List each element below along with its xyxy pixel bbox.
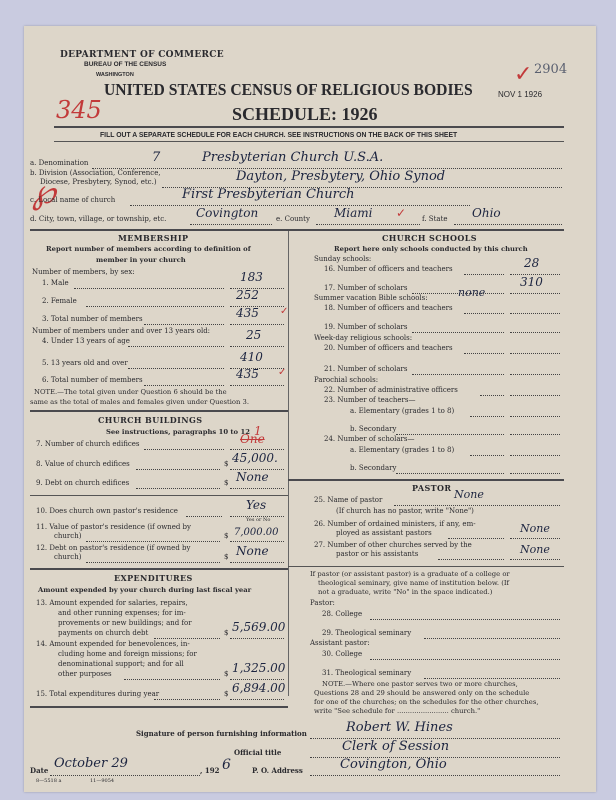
q27-line xyxy=(438,559,504,560)
red-annotation-mark: ℘ xyxy=(32,172,56,212)
column-divider xyxy=(288,231,289,696)
q11-label-2: church) xyxy=(54,532,81,540)
q22-answer-line xyxy=(510,395,560,396)
members-by-sex-label: Number of members, by sex: xyxy=(32,268,135,276)
q27-answer-line xyxy=(510,559,560,560)
city-label: WASHINGTON xyxy=(96,72,134,78)
q14-line-4: other purposes xyxy=(58,670,112,678)
pastor-note-3: for one of the churches; on the schedule… xyxy=(314,698,538,706)
pastor-heading: PASTOR xyxy=(412,483,451,493)
red-checkmark-icon: ✓ xyxy=(280,306,288,317)
q1-value: 183 xyxy=(240,270,263,284)
date-label: Date xyxy=(30,766,48,775)
dollar-sign: $ xyxy=(224,670,228,678)
red-checkmark-icon: ✓ xyxy=(278,367,286,378)
q19-line xyxy=(412,332,504,333)
po-address-line xyxy=(310,775,560,776)
q30-line xyxy=(370,659,560,660)
graduate-instruction-3: not a graduate, write "No" in the space … xyxy=(318,588,492,596)
membership-note-2: same as the total of males and females g… xyxy=(30,398,249,406)
q28-label: 28. College xyxy=(322,610,362,618)
q7-line xyxy=(144,449,224,450)
parochial-schools-label: Parochial schools: xyxy=(314,376,378,384)
q1-line xyxy=(74,288,224,289)
church-schools-subheading: Report here only schools conducted by th… xyxy=(334,245,528,253)
q4-value: 25 xyxy=(246,328,261,342)
q30-label: 30. College xyxy=(322,650,362,658)
city-line xyxy=(190,224,272,225)
q8-value: 45,000. xyxy=(232,451,278,465)
q6-value: 435 xyxy=(236,367,259,381)
fill-out-instruction: FILL OUT A SEPARATE SCHEDULE FOR EACH CH… xyxy=(100,130,457,139)
q24a-answer-line xyxy=(510,455,560,456)
q17-label: 17. Number of scholars xyxy=(324,284,407,292)
q2-label: 2. Female xyxy=(42,297,77,305)
q15-line xyxy=(154,699,220,700)
q27-value: None xyxy=(520,543,550,556)
q7-label: 7. Number of church edifices xyxy=(36,440,140,448)
q29-label: 29. Theological seminary xyxy=(322,629,411,637)
q11-label-1: 11. Value of pastor's residence (if owne… xyxy=(36,523,191,531)
q4-label: 4. Under 13 years of age xyxy=(42,337,130,345)
dollar-sign: $ xyxy=(224,532,228,540)
q2-value: 252 xyxy=(236,288,259,302)
q20-line xyxy=(464,353,504,354)
dollar-sign: $ xyxy=(224,460,228,468)
form-number: 2904 xyxy=(534,62,567,77)
bureau-label: BUREAU OF THE CENSUS xyxy=(84,61,166,68)
q22-line xyxy=(480,395,504,396)
state-line xyxy=(454,224,562,225)
q25-hint: (If church has no pastor, write "None") xyxy=(336,507,474,515)
received-stamp-date: NOV 1 1926 xyxy=(498,90,542,99)
q14-answer-line xyxy=(230,679,284,680)
department-label: DEPARTMENT OF COMMERCE xyxy=(60,50,224,60)
city-label: d. City, town, village, or township, etc… xyxy=(30,215,166,223)
q24b-answer-line xyxy=(510,473,560,474)
q14-value: 1,325.00 xyxy=(232,661,285,675)
q24b-line xyxy=(396,473,504,474)
q27-line-1: 27. Number of other churches served by t… xyxy=(314,541,472,549)
q10-value: Yes xyxy=(246,498,266,512)
q27-line-2: pastor or his assistants xyxy=(336,550,418,558)
divider xyxy=(30,410,288,412)
q12-label-2: church) xyxy=(54,553,81,561)
divider xyxy=(54,126,564,128)
q29-line xyxy=(424,638,560,639)
q11-line xyxy=(86,541,220,542)
q24b-label: b. Secondary xyxy=(350,464,396,472)
q6-line xyxy=(144,385,224,386)
denomination-mark: 7 xyxy=(152,150,160,165)
division-label-2: Diocese, Presbytery, Synod, etc.) xyxy=(40,178,157,186)
q19-answer-line xyxy=(510,332,560,333)
q15-value: 6,894.00 xyxy=(232,681,285,695)
county-value: Miami xyxy=(334,206,373,220)
church-buildings-subheading: See instructions, paragraphs 10 to 12 xyxy=(106,428,250,436)
q5-value: 410 xyxy=(240,350,263,364)
q8-label: 8. Value of church edifices xyxy=(36,460,130,468)
q18-answer-line xyxy=(510,313,560,314)
q28-line xyxy=(370,619,560,620)
q15-label: 15. Total expenditures during year xyxy=(36,690,159,698)
graduate-instruction-2: theological seminary, give name of insti… xyxy=(318,579,509,587)
q26-line-1: 26. Number of ordained ministers, if any… xyxy=(314,520,476,528)
q25-line xyxy=(394,505,560,506)
q22-label: 22. Number of administrative officers xyxy=(324,386,458,394)
q26-line xyxy=(448,538,504,539)
q19-label: 19. Number of scholars xyxy=(324,323,407,331)
q20-answer-line xyxy=(510,353,560,354)
q21-label: 21. Number of scholars xyxy=(324,365,407,373)
q18-label: 18. Number of officers and teachers xyxy=(324,304,453,312)
membership-subheading-1: Report number of members according to de… xyxy=(46,245,251,253)
pastor-note-4: write "See schedule for ................… xyxy=(314,707,480,715)
summer-schools-label: Summer vacation Bible schools: xyxy=(314,294,428,302)
q21-answer-line xyxy=(510,374,560,375)
sunday-schools-label: Sunday schools: xyxy=(314,255,371,263)
dollar-sign: $ xyxy=(224,629,228,637)
form-code-2: 11—9054 xyxy=(90,778,114,784)
weekday-schools-label: Week-day religious schools: xyxy=(314,334,412,342)
dollar-sign: $ xyxy=(224,690,228,698)
q26-answer-line xyxy=(510,538,560,539)
state-label: f. State xyxy=(422,215,448,223)
q12-line xyxy=(86,562,220,563)
signature-label: Signature of person furnishing informati… xyxy=(136,729,307,738)
divider xyxy=(288,566,564,567)
q12-answer-line xyxy=(230,562,284,563)
q6-label: 6. Total number of members xyxy=(42,376,143,384)
membership-subheading-2: member in your church xyxy=(96,256,186,264)
q13-line-4: payments on church debt xyxy=(58,629,148,637)
q26-value: None xyxy=(520,522,550,535)
date-value: October 29 xyxy=(54,756,128,771)
q1-label: 1. Male xyxy=(42,279,69,287)
red-reference-number: 345 xyxy=(56,96,102,124)
graduate-instruction-1: If pastor (or assistant pastor) is a gra… xyxy=(310,570,510,578)
schedule-title: SCHEDULE: 1926 xyxy=(232,104,378,125)
q13-line-2: and other running expenses; for im- xyxy=(58,609,186,617)
q4-answer-line xyxy=(230,346,284,347)
q11-answer-line xyxy=(230,541,284,542)
q23a-line xyxy=(470,416,504,417)
q9-line xyxy=(136,488,220,489)
divider xyxy=(30,706,288,708)
q23b-label: b. Secondary xyxy=(350,425,396,433)
denomination-label: a. Denomination xyxy=(30,159,88,167)
q14-line-1: 14. Amount expended for benevolences, in… xyxy=(36,640,190,648)
q7-answer-line xyxy=(230,449,284,450)
q16-line xyxy=(464,274,504,275)
q15-answer-line xyxy=(230,699,284,700)
q23a-label: a. Elementary (grades 1 to 8) xyxy=(350,407,454,415)
q4-line xyxy=(128,346,224,347)
divider xyxy=(30,495,288,496)
q13-answer-line xyxy=(230,638,284,639)
expenditures-subheading: Amount expended by your church during la… xyxy=(38,586,251,594)
official-title-value: Clerk of Session xyxy=(342,739,449,754)
pastor-subheading: Pastor: xyxy=(310,599,335,607)
q3-answer-line xyxy=(230,324,284,325)
membership-note-1: NOTE.—The total given under Question 6 s… xyxy=(34,388,227,396)
q12-value: None xyxy=(236,544,269,558)
members-by-age-label: Number of members under and over 13 year… xyxy=(32,327,210,335)
q12-label-1: 12. Debt on pastor's residence (if owned… xyxy=(36,544,190,552)
dollar-sign: $ xyxy=(224,553,228,561)
q24a-label: a. Elementary (grades 1 to 8) xyxy=(350,446,454,454)
q13-line-1: 13. Amount expended for salaries, repair… xyxy=(36,599,188,607)
q21-line xyxy=(412,374,504,375)
local-name-label: c. Local name of church xyxy=(30,196,115,204)
q13-line-3: provements or new buildings; and for xyxy=(58,619,192,627)
q18-line xyxy=(464,313,504,314)
q9-label: 9. Debt on church edifices xyxy=(36,479,129,487)
form-code-1: 8—5518 a xyxy=(36,778,61,784)
q25-label: 25. Name of pastor xyxy=(314,496,382,504)
q14-line xyxy=(124,679,220,680)
divider xyxy=(30,229,564,231)
expenditures-heading: EXPENDITURES xyxy=(114,573,193,583)
q3-label: 3. Total number of members xyxy=(42,315,143,323)
divider xyxy=(30,568,288,570)
q8-line xyxy=(136,469,220,470)
q31-line xyxy=(424,678,560,679)
year-value: 6 xyxy=(222,757,231,773)
local-name-value: First Presbyterian Church xyxy=(182,187,355,202)
dollar-sign: $ xyxy=(224,479,228,487)
census-schedule-document: DEPARTMENT OF COMMERCE BUREAU OF THE CEN… xyxy=(24,26,596,792)
document-title: UNITED STATES CENSUS OF RELIGIOUS BODIES xyxy=(104,80,473,100)
pastor-note-2: Questions 28 and 29 should be answered o… xyxy=(314,689,529,697)
church-buildings-heading: CHURCH BUILDINGS xyxy=(98,415,202,425)
city-value: Covington xyxy=(196,206,258,220)
q24-label: 24. Number of scholars— xyxy=(324,435,414,443)
q17-value: 310 xyxy=(520,275,543,289)
red-checkmark-icon: ✓ xyxy=(396,206,406,220)
q5-label: 5. 13 years old and over xyxy=(42,359,128,367)
q31-label: 31. Theological seminary xyxy=(322,669,411,677)
q16-value: 28 xyxy=(524,256,539,270)
q24a-line xyxy=(470,455,504,456)
q23a-answer-line xyxy=(510,416,560,417)
q6-answer-line xyxy=(230,385,284,386)
signature-value: Robert W. Hines xyxy=(346,720,453,735)
q13-value: 5,569.00 xyxy=(232,620,285,634)
po-address-label: P. O. Address xyxy=(252,766,303,775)
q14-line-3: denominational support; and for all xyxy=(58,660,184,668)
q3-line xyxy=(144,324,224,325)
date-line xyxy=(50,775,200,776)
denomination-value: Presbyterian Church U.S.A. xyxy=(202,150,383,165)
local-name-line xyxy=(130,205,470,206)
q26-line-2: ployed as assistant pastors xyxy=(336,529,432,537)
county-label: e. County xyxy=(276,215,310,223)
q2-line xyxy=(86,306,224,307)
q25-value: None xyxy=(454,488,484,501)
q3-value: 435 xyxy=(236,306,259,320)
q23-label: 23. Number of teachers— xyxy=(324,396,416,404)
q23b-answer-line xyxy=(510,434,560,435)
q5-line xyxy=(128,368,224,369)
membership-heading: MEMBERSHIP xyxy=(118,233,188,243)
divider xyxy=(288,479,564,481)
q9-answer-line xyxy=(230,488,284,489)
q17-answer-line xyxy=(510,293,560,294)
q10-hint: Yes or No xyxy=(246,517,270,523)
po-address-value: Covington, Ohio xyxy=(340,757,447,772)
q11-value: 7,000.00 xyxy=(234,527,279,538)
q14-line-2: cluding home and foreign missions; for xyxy=(58,650,197,658)
official-title-label: Official title xyxy=(234,748,281,757)
q7-correction: 1 xyxy=(254,424,262,438)
q20-label: 20. Number of officers and teachers xyxy=(324,344,453,352)
summer-schools-value: none xyxy=(458,286,485,299)
assistant-pastor-subheading: Assistant pastor: xyxy=(310,639,370,647)
q9-value: None xyxy=(236,470,269,484)
q10-line xyxy=(186,516,222,517)
divider xyxy=(54,141,564,142)
pastor-note-1: NOTE.—Where one pastor serves two or mor… xyxy=(322,680,518,688)
q10-label: 10. Does church own pastor's residence xyxy=(36,507,178,515)
q16-label: 16. Number of officers and teachers xyxy=(324,265,453,273)
county-line xyxy=(316,224,420,225)
church-schools-heading: CHURCH SCHOOLS xyxy=(382,233,477,243)
q13-line xyxy=(154,638,220,639)
red-checkmark-icon: ✓ xyxy=(514,62,532,87)
division-value: Dayton, Presbytery, Ohio Synod xyxy=(236,169,445,184)
year-prefix: , 192 xyxy=(200,766,220,775)
state-value: Ohio xyxy=(472,206,501,220)
